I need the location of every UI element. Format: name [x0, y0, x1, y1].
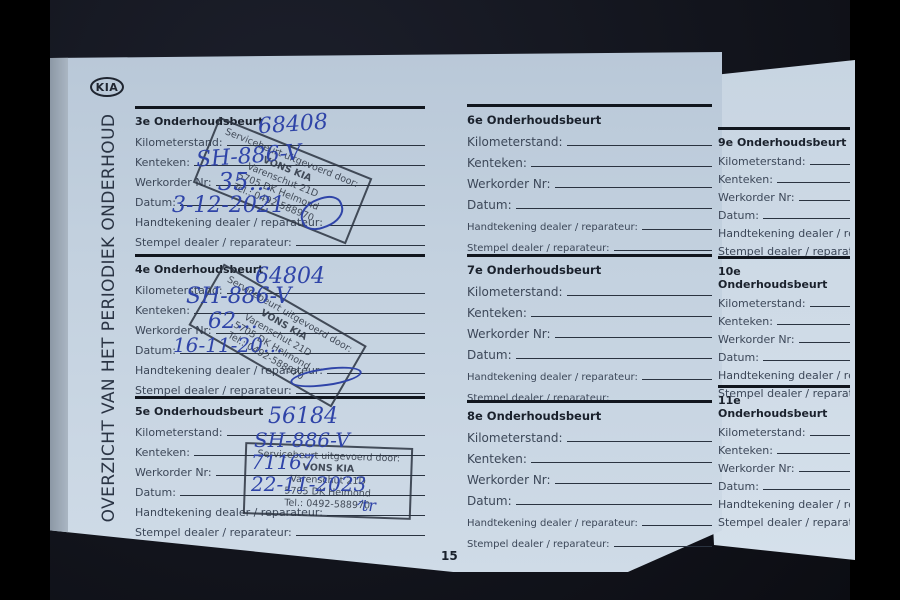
date-field[interactable]: Datum:	[718, 204, 850, 222]
kia-logo-icon: KIA	[90, 77, 124, 97]
date-field[interactable]: Datum:	[467, 487, 712, 508]
signature-field[interactable]: Handtekening dealer / reparateur:	[718, 222, 850, 240]
handwritten-work-order: 71167	[251, 450, 315, 474]
service-section-11: 11e Onderhoudsbeurt Kilometerstand: Kent…	[718, 385, 850, 529]
work-order-field[interactable]: Werkorder Nr:	[467, 466, 712, 487]
date-field[interactable]: Datum:	[718, 475, 850, 493]
service-section-7: 7e Onderhoudsbeurt Kilometerstand: Kente…	[467, 254, 712, 404]
plate-field[interactable]: Kenteken:	[718, 310, 850, 328]
section-heading: 6e Onderhoudsbeurt	[467, 113, 712, 127]
plate-field[interactable]: Kenteken:	[718, 168, 850, 186]
work-order-field[interactable]: Werkorder Nr:	[718, 457, 850, 475]
service-section-10: 10e Onderhoudsbeurt Kilometerstand: Kent…	[718, 256, 850, 400]
work-order-field[interactable]: Werkorder Nr:	[467, 170, 712, 191]
stamp-field[interactable]: Stempel dealer / reparateur:	[135, 377, 425, 397]
page-spine	[50, 52, 68, 572]
work-order-field[interactable]: Werkorder Nr:	[467, 320, 712, 341]
service-section-9: 9e Onderhoudsbeurt Kilometerstand: Kente…	[718, 127, 850, 258]
stamp-field[interactable]: Stempel dealer / reparateur:	[467, 529, 712, 550]
handwritten-plate: SH-886-V	[186, 284, 291, 309]
km-field[interactable]: Kilometerstand:	[467, 278, 712, 299]
km-field[interactable]: Kilometerstand:	[467, 128, 712, 149]
handwritten-plate: SH-886-V	[254, 428, 350, 452]
stamp-field[interactable]: Stempel dealer / reparateur:	[467, 233, 712, 254]
plate-field[interactable]: Kenteken:	[467, 149, 712, 170]
signature-field[interactable]: Handtekening dealer / reparateur:	[467, 362, 712, 383]
black-border	[850, 0, 900, 600]
section-heading: 11e Onderhoudsbeurt	[718, 394, 850, 420]
work-order-field[interactable]: Werkorder Nr:	[718, 328, 850, 346]
handwritten-date: 16-11-20…	[173, 333, 283, 357]
stamp-field[interactable]: Stempel dealer / reparateur:	[135, 229, 425, 249]
handwritten-date: 3-12-2021	[172, 193, 285, 218]
service-section-6: 6e Onderhoudsbeurt Kilometerstand: Kente…	[467, 104, 712, 254]
section-heading: 7e Onderhoudsbeurt	[467, 263, 712, 277]
signature-field[interactable]: Handtekening dealer / reparateur:	[718, 493, 850, 511]
handwritten-signature: ᐟtr	[355, 496, 376, 515]
km-field[interactable]: Kilometerstand:	[467, 424, 712, 445]
section-heading: 8e Onderhoudsbeurt	[467, 409, 712, 423]
plate-field[interactable]: Kenteken:	[718, 439, 850, 457]
signature-field[interactable]: Handtekening dealer / reparateur:	[467, 508, 712, 529]
signature-field[interactable]: Handtekening dealer / reparateur:	[718, 364, 850, 382]
page-number: 15	[441, 549, 458, 563]
handwritten-work-order: 35…	[218, 168, 273, 196]
date-field[interactable]: Datum:	[718, 346, 850, 364]
date-field[interactable]: Datum:	[467, 341, 712, 362]
handwritten-km: 68408	[257, 110, 329, 140]
handwritten-work-order: 62…	[208, 309, 258, 334]
service-section-8: 8e Onderhoudsbeurt Kilometerstand: Kente…	[467, 400, 712, 550]
stamp-field[interactable]: Stempel dealer / reparateur:	[135, 519, 425, 539]
side-title: OVERZICHT VAN HET PERIODIEK ONDERHOUD	[99, 108, 119, 528]
plate-field[interactable]: Kenteken:	[467, 299, 712, 320]
km-field[interactable]: Kilometerstand:	[718, 150, 850, 168]
km-field[interactable]: Kilometerstand:	[718, 292, 850, 310]
work-order-field[interactable]: Werkorder Nr:	[718, 186, 850, 204]
section-heading: 10e Onderhoudsbeurt	[718, 265, 850, 291]
plate-field[interactable]: Kenteken:	[467, 445, 712, 466]
handwritten-km: 56184	[268, 404, 338, 429]
date-field[interactable]: Datum:	[467, 191, 712, 212]
handwritten-date: 22-11-2023	[251, 472, 366, 496]
photo-scene: KIA OVERZICHT VAN HET PERIODIEK ONDERHOU…	[0, 0, 900, 600]
stamp-field[interactable]: Stempel dealer / reparateur:	[718, 511, 850, 529]
section-heading: 9e Onderhoudsbeurt	[718, 136, 850, 149]
km-field[interactable]: Kilometerstand:	[718, 421, 850, 439]
signature-field[interactable]: Handtekening dealer / reparateur:	[467, 212, 712, 233]
